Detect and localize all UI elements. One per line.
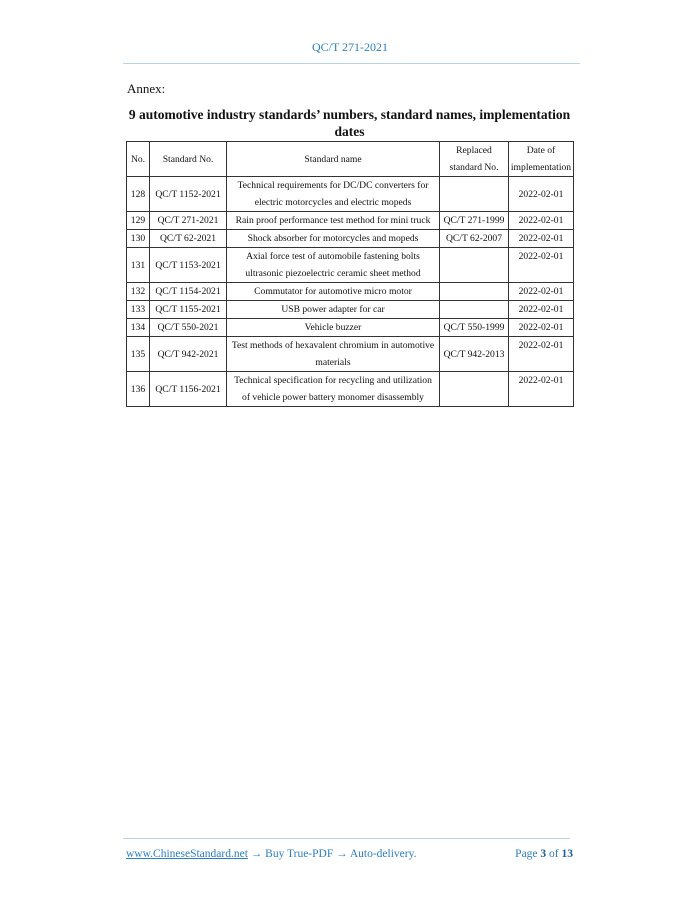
cell-standard-name: Technical requirements for DC/DC convert… bbox=[227, 177, 440, 212]
cell-replaced: QC/T 942-2013 bbox=[440, 337, 509, 372]
cell-standard-name: USB power adapter for car bbox=[227, 301, 440, 319]
table-row: 128QC/T 1152-2021Technical requirements … bbox=[127, 177, 574, 212]
header-divider bbox=[123, 63, 580, 64]
cell-date: 2022-02-01 bbox=[509, 372, 574, 407]
table-row: 134QC/T 550-2021Vehicle buzzerQC/T 550-1… bbox=[127, 319, 574, 337]
cell-no: 130 bbox=[127, 230, 150, 248]
cell-standard-no: QC/T 942-2021 bbox=[150, 337, 227, 372]
cell-date: 2022-02-01 bbox=[509, 248, 574, 283]
site-link[interactable]: www.ChineseStandard.net bbox=[126, 848, 248, 860]
cell-date: 2022-02-01 bbox=[509, 319, 574, 337]
cell-no: 133 bbox=[127, 301, 150, 319]
cell-no: 129 bbox=[127, 212, 150, 230]
cell-no: 132 bbox=[127, 283, 150, 301]
cell-standard-no: QC/T 62-2021 bbox=[150, 230, 227, 248]
cell-no: 134 bbox=[127, 319, 150, 337]
standards-table: No. Standard No. Standard name Replaceds… bbox=[126, 141, 574, 407]
cell-standard-name: Test methods of hexavalent chromium in a… bbox=[227, 337, 440, 372]
cell-replaced: QC/T 62-2007 bbox=[440, 230, 509, 248]
cell-standard-name: Commutator for automotive micro motor bbox=[227, 283, 440, 301]
col-header-standard-no: Standard No. bbox=[150, 142, 227, 177]
running-header: QC/T 271-2021 bbox=[0, 40, 700, 55]
cell-date: 2022-02-01 bbox=[509, 283, 574, 301]
annex-label: Annex: bbox=[127, 81, 165, 97]
col-header-replaced: Replacedstandard No. bbox=[440, 142, 509, 177]
cell-standard-name: Technical specification for recycling an… bbox=[227, 372, 440, 407]
cell-no: 135 bbox=[127, 337, 150, 372]
col-header-date: Date ofimplementation bbox=[509, 142, 574, 177]
table-header-row: No. Standard No. Standard name Replaceds… bbox=[127, 142, 574, 177]
cell-replaced bbox=[440, 248, 509, 283]
table-row: 133QC/T 1155-2021USB power adapter for c… bbox=[127, 301, 574, 319]
cell-replaced: QC/T 550-1999 bbox=[440, 319, 509, 337]
cell-standard-no: QC/T 1152-2021 bbox=[150, 177, 227, 212]
table-row: 130QC/T 62-2021Shock absorber for motorc… bbox=[127, 230, 574, 248]
cell-date: 2022-02-01 bbox=[509, 337, 574, 372]
table-row: 132QC/T 1154-2021Commutator for automoti… bbox=[127, 283, 574, 301]
table-row: 131QC/T 1153-2021Axial force test of aut… bbox=[127, 248, 574, 283]
table-row: 136QC/T 1156-2021Technical specification… bbox=[127, 372, 574, 407]
cell-standard-no: QC/T 1156-2021 bbox=[150, 372, 227, 407]
cell-replaced bbox=[440, 372, 509, 407]
cell-replaced bbox=[440, 177, 509, 212]
table-title: 9 automotive industry standards’ numbers… bbox=[126, 106, 573, 140]
cell-no: 131 bbox=[127, 248, 150, 283]
table-row: 135QC/T 942-2021Test methods of hexavale… bbox=[127, 337, 574, 372]
cell-standard-no: QC/T 550-2021 bbox=[150, 319, 227, 337]
col-header-no: No. bbox=[127, 142, 150, 177]
cell-date: 2022-02-01 bbox=[509, 177, 574, 212]
cell-standard-name: Shock absorber for motorcycles and moped… bbox=[227, 230, 440, 248]
footer-tagline: → Buy True-PDF → Auto-delivery. bbox=[248, 848, 417, 860]
cell-standard-no: QC/T 1155-2021 bbox=[150, 301, 227, 319]
col-header-standard-name: Standard name bbox=[227, 142, 440, 177]
cell-no: 136 bbox=[127, 372, 150, 407]
cell-date: 2022-02-01 bbox=[509, 212, 574, 230]
cell-standard-name: Axial force test of automobile fastening… bbox=[227, 248, 440, 283]
cell-date: 2022-02-01 bbox=[509, 301, 574, 319]
cell-standard-no: QC/T 1153-2021 bbox=[150, 248, 227, 283]
cell-replaced bbox=[440, 301, 509, 319]
page-indicator: Page 3 of 13 bbox=[515, 848, 573, 860]
cell-date: 2022-02-01 bbox=[509, 230, 574, 248]
cell-standard-name: Rain proof performance test method for m… bbox=[227, 212, 440, 230]
footer-divider bbox=[123, 838, 570, 839]
cell-replaced bbox=[440, 283, 509, 301]
footer: www.ChineseStandard.net → Buy True-PDF →… bbox=[126, 848, 573, 860]
cell-standard-no: QC/T 271-2021 bbox=[150, 212, 227, 230]
cell-standard-no: QC/T 1154-2021 bbox=[150, 283, 227, 301]
table-row: 129QC/T 271-2021Rain proof performance t… bbox=[127, 212, 574, 230]
cell-no: 128 bbox=[127, 177, 150, 212]
cell-replaced: QC/T 271-1999 bbox=[440, 212, 509, 230]
cell-standard-name: Vehicle buzzer bbox=[227, 319, 440, 337]
